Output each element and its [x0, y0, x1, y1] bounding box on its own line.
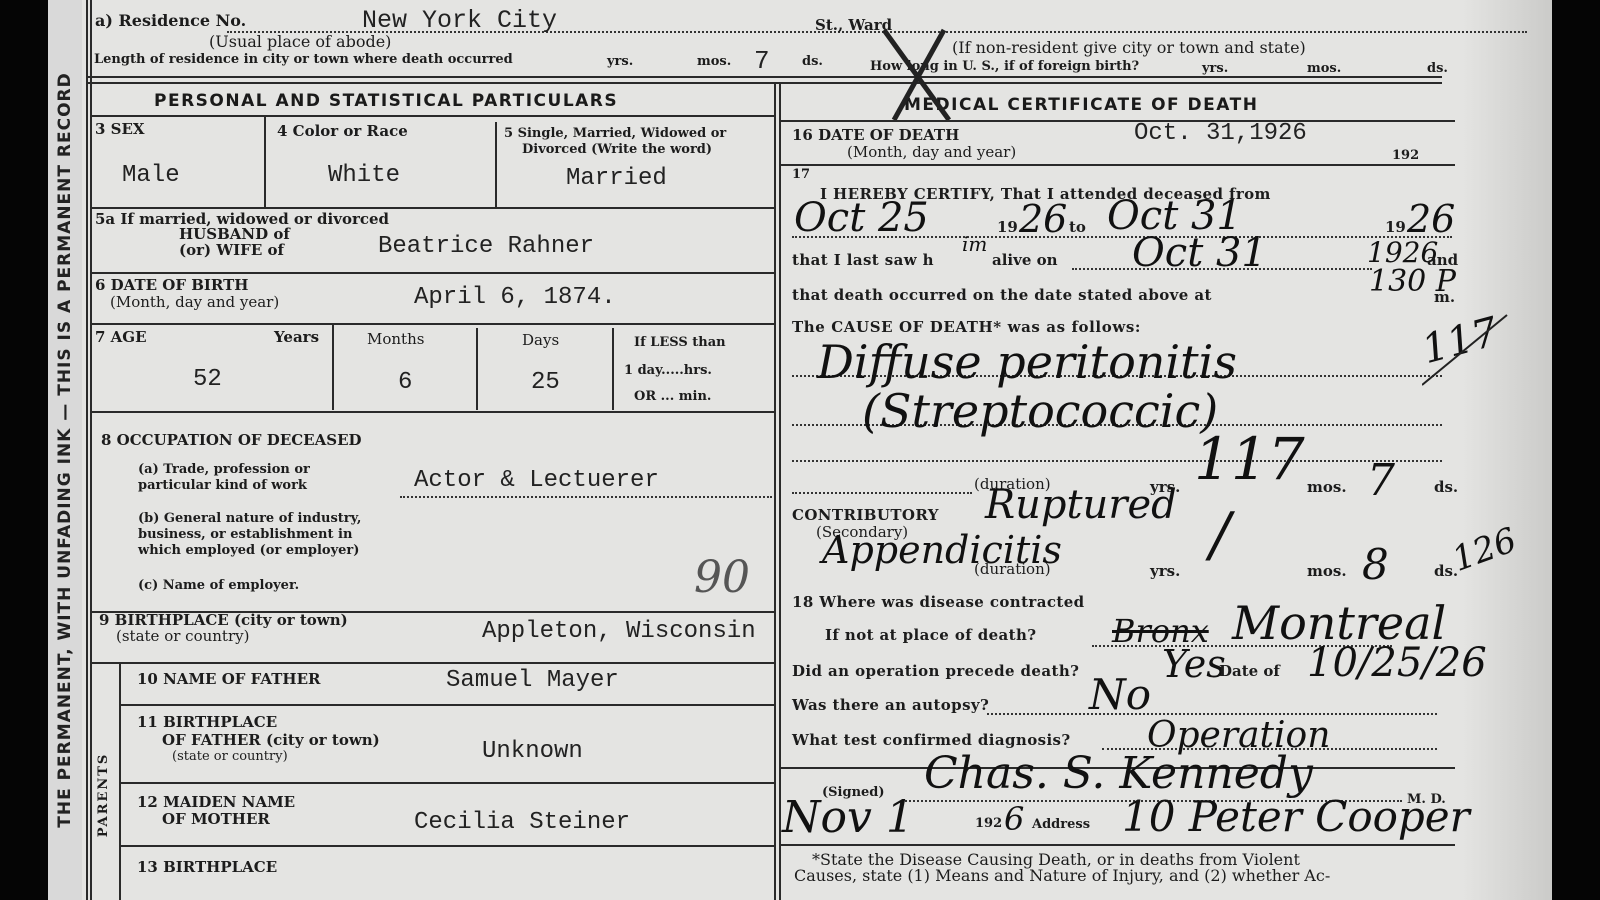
cross-mark-icon — [874, 25, 964, 125]
divider-years — [332, 325, 334, 410]
divider-months — [476, 328, 478, 410]
dob-value: April 6, 1874. — [414, 284, 616, 311]
divider-race-marital — [495, 122, 497, 207]
spouse-label-2: HUSBAND of — [179, 227, 290, 242]
rule-after-mother — [121, 845, 774, 847]
ds-label: ds. — [802, 55, 823, 69]
occupation-a-1: (a) Trade, profession or — [138, 463, 310, 477]
rule-after-spouse — [90, 272, 774, 274]
father-value: Samuel Mayer — [446, 667, 619, 694]
center-divider-2 — [779, 82, 781, 900]
sex-value: Male — [122, 162, 180, 189]
death-date-label-2: (Month, day and year) — [847, 145, 1016, 160]
paper-shading — [1462, 0, 1552, 900]
residence-label: a) Residence No. — [95, 13, 246, 28]
spouse-value: Beatrice Rahner — [378, 233, 594, 260]
nonresident-note: (If non-resident give city or town and s… — [952, 40, 1306, 55]
center-divider-1 — [774, 82, 776, 900]
contributory-label: CONTRIBUTORY — [792, 508, 939, 523]
age-less-2: 1 day.....hrs. — [624, 364, 712, 378]
autopsy-label: Was there an autopsy? — [792, 698, 989, 713]
contributory-slash-mark: / — [1210, 500, 1230, 570]
dob-label-1: 6 DATE OF BIRTH — [95, 278, 248, 293]
occupation-a-2: particular kind of work — [138, 479, 307, 493]
rule-medical-title — [779, 120, 1455, 122]
death-certificate: a) Residence No. New York City St., Ward… — [82, 0, 1552, 900]
occupation-b-1: (b) General nature of industry, — [138, 512, 361, 526]
contributory-duration-days: 8 — [1362, 540, 1389, 589]
parents-label: PARENTS — [97, 753, 111, 838]
to-year-prefix: 19 — [1385, 220, 1406, 235]
contributory-ds-label: ds. — [1434, 564, 1458, 579]
certify-number: 17 — [792, 168, 810, 182]
mother-label-2: OF MOTHER — [162, 812, 270, 827]
age-days-value: 25 — [531, 369, 560, 396]
test-label: What test confirmed diagnosis? — [792, 733, 1071, 748]
race-label: 4 Color or Race — [277, 124, 408, 139]
father-birthplace-3: (state or country) — [172, 750, 288, 764]
operation-date: 10/25/26 — [1307, 640, 1487, 686]
age-months-label: Months — [367, 332, 424, 347]
rule-after-father — [121, 704, 774, 706]
header-rule-1 — [86, 76, 1442, 78]
rule-personal-title — [90, 115, 774, 117]
margin-instruction: THE PERMANENT, WITH UNFADING INK — THIS … — [48, 0, 82, 900]
divider-sex-race — [264, 117, 266, 207]
age-months-value: 6 — [398, 369, 412, 396]
cause-ds-label: ds. — [1434, 480, 1458, 495]
cause-duration-days: 7 — [1367, 455, 1395, 506]
spouse-label-3: (or) WIFE of — [179, 243, 284, 258]
alive-on-date: Oct 31 — [1132, 230, 1267, 276]
scan-border-left — [0, 0, 48, 900]
sex-label: 3 SEX — [95, 122, 145, 137]
residence-value: New York City — [362, 6, 557, 35]
rule-after-address — [779, 844, 1455, 846]
cause-line1: Diffuse peritonitis — [817, 335, 1237, 389]
contributory-yrs-label: yrs. — [1150, 564, 1180, 579]
occupation-label: 8 OCCUPATION OF DECEASED — [101, 433, 362, 448]
father-label: 10 NAME OF FATHER — [137, 672, 320, 687]
rule-after-death-date — [779, 164, 1455, 166]
age-years-label: Years — [274, 330, 319, 345]
from-year: 26 — [1019, 197, 1067, 241]
scan-border-right — [1552, 0, 1600, 900]
dob-label-2: (Month, day and year) — [110, 295, 279, 310]
age-days-label: Days — [522, 333, 559, 348]
age-years-value: 52 — [193, 366, 222, 393]
last-saw-label: that I last saw h — [792, 253, 934, 268]
operation-date-label: Date of — [1219, 664, 1280, 679]
address-label: Address — [1032, 818, 1090, 832]
yrs-label: yrs. — [607, 55, 633, 69]
operation-value: Yes — [1162, 642, 1226, 686]
footnote-line1: *State the Disease Causing Death, or in … — [812, 852, 1300, 867]
date-signed-year: 6 — [1004, 800, 1024, 838]
header-rule-2 — [86, 82, 1442, 84]
footnote-line2: Causes, state (1) Means and Nature of In… — [794, 868, 1330, 883]
cause-code: 117 — [1194, 425, 1305, 493]
address-value: 10 Peter Cooper — [1122, 792, 1470, 841]
age-label: 7 AGE — [95, 330, 147, 345]
mos-label: mos. — [697, 55, 731, 69]
occupation-c: (c) Name of employer. — [138, 579, 299, 593]
contributory-mos-label: mos. — [1307, 564, 1347, 579]
date-signed-year-prefix: 192 — [975, 817, 1002, 831]
contributory-line1: Ruptured — [985, 482, 1177, 528]
cause-duration-dots — [792, 492, 972, 494]
margin-instruction-text: THE PERMANENT, WITH UNFADING INK — THIS … — [55, 72, 75, 828]
usual-place-label: (Usual place of abode) — [209, 34, 391, 49]
from-year-prefix: 19 — [997, 220, 1018, 235]
margin-slash-icon — [1422, 305, 1512, 395]
birthplace-value: Appleton, Wisconsin — [482, 618, 756, 645]
to-year: 26 — [1407, 197, 1455, 241]
personal-section-title: PERSONAL AND STATISTICAL PARTICULARS — [154, 91, 618, 111]
occupation-b-3: which employed (or employer) — [138, 544, 359, 558]
cause-dots-3 — [792, 460, 1442, 462]
mos-value: 7 — [754, 46, 770, 76]
contributory-duration-label: (duration) — [974, 562, 1051, 577]
age-less-1: If LESS than — [634, 336, 726, 350]
marital-label-2: Divorced (Write the word) — [522, 143, 712, 157]
cause-line2: (Streptococcic) — [862, 384, 1218, 438]
left-border — [86, 0, 88, 900]
father-birthplace-2: OF FATHER (city or town) — [162, 733, 380, 748]
age-less-3: OR ... min. — [634, 390, 711, 404]
rule-after-dob — [90, 323, 774, 325]
occupation-a-dots — [400, 496, 772, 498]
cause-mos-label: mos. — [1307, 480, 1347, 495]
divider-days — [612, 328, 614, 410]
rule-after-birthplace — [90, 662, 774, 664]
father-birthplace-1: 11 BIRTHPLACE — [137, 715, 277, 730]
to-label: to — [1069, 220, 1086, 235]
yrs2-label: yrs. — [1202, 62, 1228, 76]
mother-birthplace-1: 13 BIRTHPLACE — [137, 860, 277, 875]
date-signed-value: Nov 1 — [782, 792, 914, 843]
birthplace-label-2: (state or country) — [116, 629, 249, 644]
operation-label: Did an operation precede death? — [792, 664, 1079, 679]
father-birthplace-value: Unknown — [482, 738, 583, 765]
death-date-value: Oct. 31,1926 — [1134, 120, 1307, 147]
birthplace-label-1: 9 BIRTHPLACE (city or town) — [99, 613, 348, 628]
mos2-label: mos. — [1307, 62, 1341, 76]
length-residence-label: Length of residence in city or town wher… — [94, 53, 513, 67]
occupation-a-value: Actor & Lectuerer — [414, 467, 659, 494]
occurred-label: that death occurred on the date stated a… — [792, 288, 1212, 303]
attended-from-date: Oct 25 — [794, 195, 929, 241]
race-value: White — [328, 162, 400, 189]
rule-after-father-birthplace — [121, 782, 774, 784]
death-date-year-prefix: 192 — [1392, 149, 1419, 163]
death-date-label-1: 16 DATE OF DEATH — [792, 128, 959, 143]
contracted-sub-label: If not at place of death? — [825, 628, 1036, 643]
rule-after-age — [90, 411, 774, 413]
cause-label: The CAUSE OF DEATH* was as follows: — [792, 320, 1141, 335]
alive-on-label: alive on — [992, 253, 1058, 268]
left-border-inner — [90, 0, 92, 900]
autopsy-value: No — [1089, 670, 1151, 719]
contracted-label: 18 Where was disease contracted — [792, 595, 1085, 610]
mother-label-1: 12 MAIDEN NAME — [137, 795, 295, 810]
occupation-b-2: business, or establishment in — [138, 528, 352, 542]
m-label: m. — [1434, 290, 1455, 305]
rule-after-sex — [90, 207, 774, 209]
annotation-90: 90 — [694, 552, 750, 603]
marital-label-1: 5 Single, Married, Widowed or — [504, 127, 726, 141]
ds2-label: ds. — [1427, 62, 1448, 76]
last-saw-pronoun: im — [962, 232, 987, 256]
mother-value: Cecilia Steiner — [414, 809, 630, 836]
marital-value: Married — [566, 165, 667, 192]
